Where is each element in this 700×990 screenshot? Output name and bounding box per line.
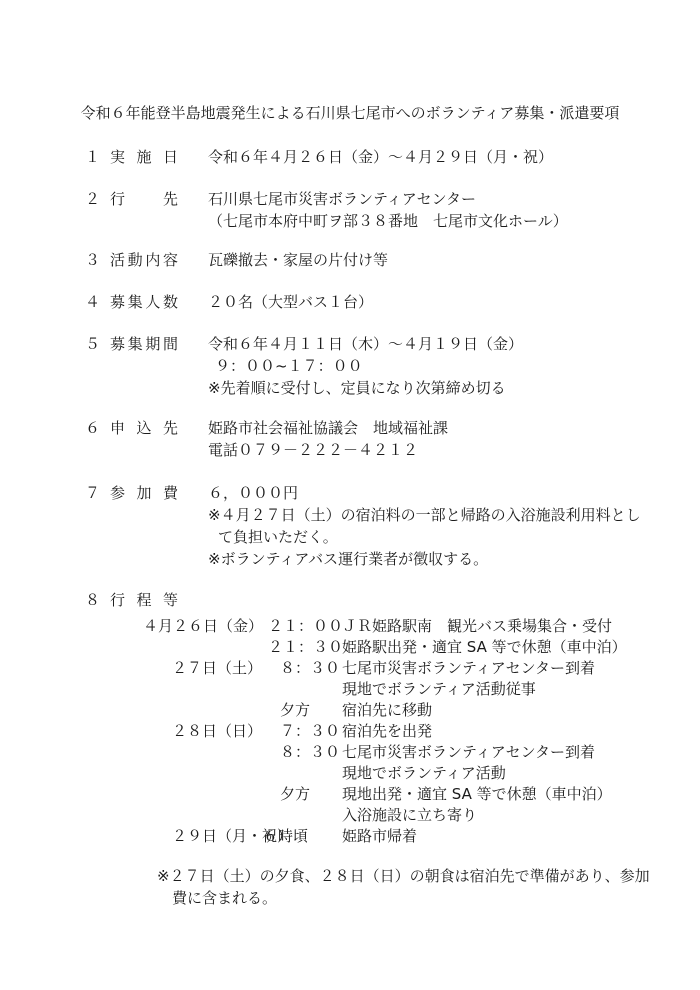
schedule-row: 現地でボランティア活動従事 (0, 678, 700, 700)
schedule-time: ８：３０ (280, 657, 340, 679)
schedule-row: ２１：３０ 姫路駅出発・適宜 SA 等で休憩（車中泊） (0, 636, 700, 658)
schedule-row: ４月２６日（金） ２１：００ ＪＲ姫路駅南 観光バス乗場集合・受付 (0, 615, 700, 637)
schedule-time: ７：３０ (280, 720, 340, 742)
item-value-line: （七尾市本府中町ヲ部３８番地 七尾市文化ホール） (208, 210, 700, 232)
item-value: 令和６年４月２６日（金）～４月２９日（月・祝） (208, 146, 700, 168)
schedule-desc: 姫路市帰着 (342, 825, 417, 847)
item-value-line: 姫路市社会福祉協議会 地域福祉課 (208, 417, 700, 439)
item-value-note-cont: て負担いただく。 (208, 526, 700, 548)
item-number: １ (85, 146, 100, 168)
item-number: ３ (85, 249, 100, 271)
schedule-time: ２１：００ (268, 615, 343, 637)
item-value-line: 令和６年４月１１日（木）～４月１９日（金） (208, 333, 700, 355)
schedule-desc: 七尾市災害ボランティアセンター到着 (342, 657, 595, 679)
item-value-line: 瓦礫撤去・家屋の片付け等 (208, 249, 700, 271)
item-number: ４ (85, 291, 100, 313)
item-value-line: ２０名（大型バス１台） (208, 291, 700, 313)
schedule-desc: 七尾市災害ボランティアセンター到着 (342, 741, 595, 763)
schedule-time: ８：３０ (280, 741, 340, 763)
item-number: ８ (85, 589, 100, 611)
item-value-line: ６，０００円 (208, 482, 700, 504)
item-number: ２ (85, 188, 100, 210)
schedule-row: 現地でボランティア活動 (0, 762, 700, 784)
item-value: 姫路市社会福祉協議会 地域福祉課 電話０７９－２２２－４２１２ (208, 417, 700, 461)
item-label: 行先 (110, 188, 178, 210)
schedule-desc: 宿泊先を出発 (342, 720, 432, 742)
item-value: 令和６年４月１１日（木）～４月１９日（金） ９：００~１７：００ ※先着順に受付… (208, 333, 700, 399)
schedule-desc: 現地でボランティア活動 (342, 762, 506, 784)
schedule-time: ２１：３０ (268, 636, 343, 658)
item-number: ７ (85, 482, 100, 504)
schedule-time: ６時頃 (263, 825, 308, 847)
item-label: 活動内容 (110, 249, 178, 271)
schedule-row: ８：３０ 七尾市災害ボランティアセンター到着 (0, 741, 700, 763)
schedule-time: 夕方 (280, 783, 310, 805)
item-value: 石川県七尾市災害ボランティアセンター （七尾市本府中町ヲ部３８番地 七尾市文化ホ… (208, 188, 700, 232)
schedule-desc: 入浴施設に立ち寄り (342, 804, 477, 826)
schedule-date: ４月２６日（金） (143, 615, 263, 637)
schedule-desc: ＪＲ姫路駅南 観光バス乗場集合・受付 (342, 615, 612, 637)
item-label: 募集人数 (110, 291, 178, 313)
schedule-desc: 宿泊先に移動 (342, 699, 432, 721)
schedule-desc: 現地出発・適宜 SA 等で休憩（車中泊） (342, 783, 612, 805)
item-label: 実施日 (110, 146, 178, 168)
item-value-line: ９：００~１７：００ (208, 355, 700, 377)
schedule-time: 夕方 (280, 699, 310, 721)
item-value-line: 令和６年４月２６日（金）～４月２９日（月・祝） (208, 146, 700, 168)
item-value-line: 石川県七尾市災害ボランティアセンター (208, 188, 700, 210)
footnote-line: 費に含まれる。 (172, 887, 277, 909)
item-value: 瓦礫撤去・家屋の片付け等 (208, 249, 700, 271)
item-label: 申込先 (110, 417, 178, 439)
item-value-note: ※先着順に受付し、定員になり次第締め切る (208, 377, 700, 399)
document-page: 令和６年能登半島地震発生による石川県七尾市へのボランティア募集・派遣要項 １ 実… (0, 0, 700, 990)
item-value: ２０名（大型バス１台） (208, 291, 700, 313)
item-value: ６，０００円 ※４月２７日（土）の宿泊料の一部と帰路の入浴施設利用料とし て負担… (208, 482, 700, 570)
item-number: ５ (85, 333, 100, 355)
schedule-desc: 姫路駅出発・適宜 SA 等で休憩（車中泊） (342, 636, 627, 658)
schedule-date: ２８日（日） (172, 720, 262, 742)
item-value-phone: 電話０７９－２２２－４２１２ (208, 439, 700, 461)
schedule-row: ２９日（月・祝） ６時頃 姫路市帰着 (0, 825, 700, 847)
schedule-desc: 現地でボランティア活動従事 (342, 678, 536, 700)
item-label: 行程等 (110, 589, 178, 611)
document-title: 令和６年能登半島地震発生による石川県七尾市へのボランティア募集・派遣要項 (0, 103, 700, 123)
schedule-row: ２７日（土） ８：３０ 七尾市災害ボランティアセンター到着 (0, 657, 700, 679)
schedule-date: ２７日（土） (172, 657, 262, 679)
schedule-row: ２８日（日） ７：３０ 宿泊先を出発 (0, 720, 700, 742)
item-value-note: ※４月２７日（土）の宿泊料の一部と帰路の入浴施設利用料とし (208, 504, 700, 526)
item-number: ６ (85, 417, 100, 439)
schedule-row: 入浴施設に立ち寄り (0, 804, 700, 826)
item-value-note: ※ボランティアバス運行業者が徴収する。 (208, 548, 700, 570)
schedule-row: 夕方 宿泊先に移動 (0, 699, 700, 721)
footnote-line: ※２７日（土）の夕食、２８日（日）の朝食は宿泊先で準備があり、参加 (157, 865, 650, 887)
schedule-row: 夕方 現地出発・適宜 SA 等で休憩（車中泊） (0, 783, 700, 805)
item-label: 参加費 (110, 482, 178, 504)
item-label: 募集期間 (110, 333, 178, 355)
